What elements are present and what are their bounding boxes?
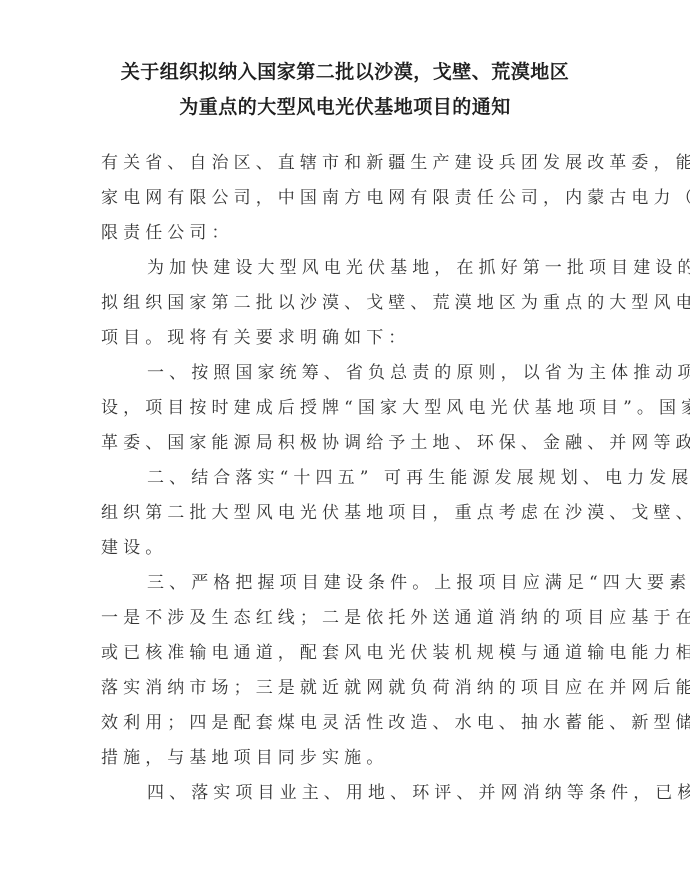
paragraph-line: 一是不涉及生态红线；二是依托外送通道消纳的项目应基于在运、在建， bbox=[101, 601, 597, 636]
paragraph-line: 二、结合落实“十四五” 可再生能源发展规划、电力发展规划， bbox=[101, 461, 597, 496]
document-body: 有关省、自治区、直辖市和新疆生产建设兵团发展改革委，能源局，国 家电网有限公司，… bbox=[101, 146, 597, 811]
paragraph-line: 革委、国家能源局积极协调给予土地、环保、金融、并网等政策支持。 bbox=[101, 426, 597, 461]
paragraph-line: 设，项目按时建成后授牌“国家大型风电光伏基地项目”。国家发展改 bbox=[101, 391, 597, 426]
paragraph-line: 项目。现将有关要求明确如下： bbox=[101, 321, 597, 356]
addressee-line: 家电网有限公司，中国南方电网有限责任公司，内蒙古电力（集团）有 bbox=[101, 181, 597, 216]
document-title-line-1: 关于组织拟纳入国家第二批以沙漠，戈壁、荒漠地区 bbox=[0, 60, 690, 84]
addressee-line: 有关省、自治区、直辖市和新疆生产建设兵团发展改革委，能源局，国 bbox=[101, 146, 597, 181]
paragraph-line: 为加快建设大型风电光伏基地，在抓好第一批项目建设的基础上， bbox=[101, 251, 597, 286]
addressee-paragraph: 有关省、自治区、直辖市和新疆生产建设兵团发展改革委，能源局，国 家电网有限公司，… bbox=[101, 146, 597, 251]
intro-paragraph: 为加快建设大型风电光伏基地，在抓好第一批项目建设的基础上， 拟组织国家第二批以沙… bbox=[101, 251, 597, 356]
paragraph-line: 四、落实项目业主、用地、环评、并网消纳等条件，已核准（备案） bbox=[101, 776, 597, 811]
paragraph-line: 措施，与基地项目同步实施。 bbox=[101, 741, 597, 776]
item-1-paragraph: 一、按照国家统筹、省负总责的原则，以省为主体推动项目开发建 设，项目按时建成后授… bbox=[101, 356, 597, 461]
addressee-line: 限责任公司： bbox=[101, 216, 597, 251]
paragraph-line: 一、按照国家统筹、省负总责的原则，以省为主体推动项目开发建 bbox=[101, 356, 597, 391]
paragraph-line: 效利用；四是配套煤电灵活性改造、水电、抽水蓄能、新型储能等调峰 bbox=[101, 706, 597, 741]
paragraph-line: 落实消纳市场；三是就近就网就负荷消纳的项目应在并网后能够实现高 bbox=[101, 671, 597, 706]
paragraph-line: 建设。 bbox=[101, 531, 597, 566]
paragraph-line: 组织第二批大型风电光伏基地项目，重点考虑在沙漠、戈壁、荒漠地区 bbox=[101, 496, 597, 531]
document-title-line-2: 为重点的大型风电光伏基地项目的通知 bbox=[0, 95, 690, 119]
paragraph-line: 或已核准输电通道，配套风电光伏装机规模与通道输电能力相匹配，并 bbox=[101, 636, 597, 671]
paragraph-line: 拟组织国家第二批以沙漠、戈壁、荒漠地区为重点的大型风电光伏基地 bbox=[101, 286, 597, 321]
item-4-paragraph: 四、落实项目业主、用地、环评、并网消纳等条件，已核准（备案） bbox=[101, 776, 597, 811]
paragraph-line: 三、严格把握项目建设条件。上报项目应满足“四大要素”要求： bbox=[101, 566, 597, 601]
item-3-paragraph: 三、严格把握项目建设条件。上报项目应满足“四大要素”要求： 一是不涉及生态红线；… bbox=[101, 566, 597, 776]
document-page: 关于组织拟纳入国家第二批以沙漠，戈壁、荒漠地区 为重点的大型风电光伏基地项目的通… bbox=[0, 0, 690, 875]
item-2-paragraph: 二、结合落实“十四五” 可再生能源发展规划、电力发展规划， 组织第二批大型风电光… bbox=[101, 461, 597, 566]
